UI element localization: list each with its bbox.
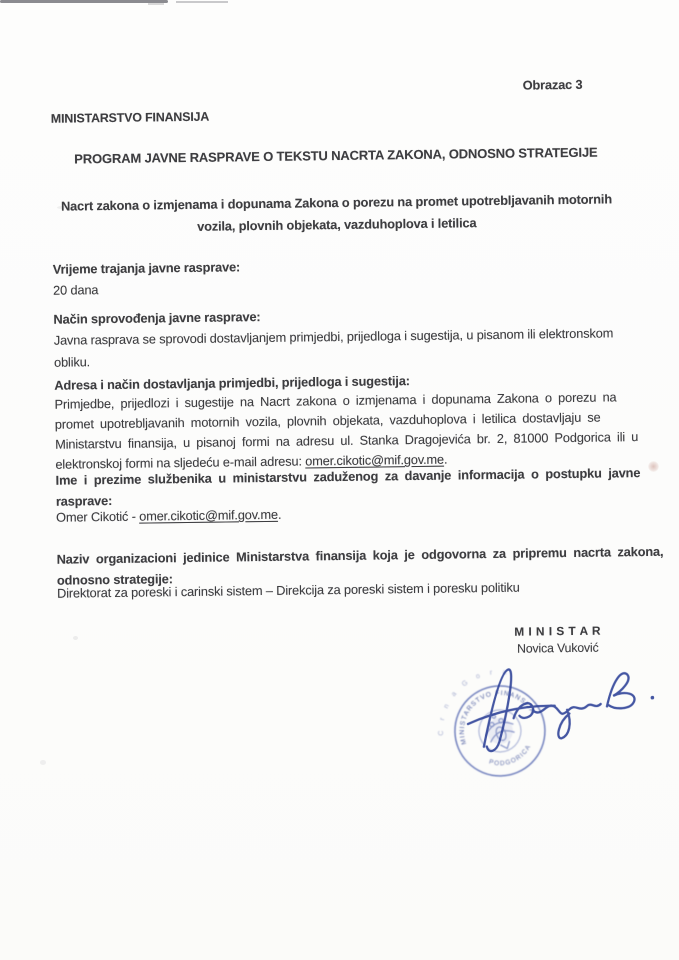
address-body-line2: promet upotrebljavanih motornih vozila, … (55, 410, 601, 433)
address-label: Adresa i način dostavljanja primjedbi, p… (54, 373, 410, 394)
address-email-suffix: . (444, 452, 448, 467)
duration-label: Vrijeme trajanja javne rasprave: (53, 259, 240, 277)
unit-label-line1: Naziv organizacioni jedinice Ministarstv… (57, 544, 664, 568)
contact-value: Omer Cikotić - omer.cikotic@mif.gov.me. (56, 507, 281, 526)
minister-role-title: M I N I S T A R (458, 622, 658, 641)
contact-name: Omer Cikotić - (56, 509, 139, 525)
contact-value-suffix: . (278, 507, 282, 522)
address-body-line1: Primjedbe, prijedlozi i sugestije na Nac… (55, 389, 617, 412)
method-body-line1: Javna rasprava se sprovodi dostavljanjem… (54, 325, 614, 348)
contact-email-link: omer.cikotic@mif.gov.me (139, 507, 278, 524)
scanned-document-page: Obrazac 3 MINISTARSTVO FINANSIJA PROGRAM… (0, 0, 679, 960)
address-body-line3: Ministarstvu finansija, u pisanoj formi … (55, 429, 638, 453)
document-subtitle-line2: vozila, plovnih objekata, vazduhoplova i… (0, 213, 676, 238)
method-label: Način sprovođenja javne rasprave: (53, 309, 260, 328)
duration-value: 20 dana (53, 282, 98, 299)
minister-signature (428, 648, 679, 766)
document-title: PROGRAM JAVNE RASPRAVE O TEKSTU NACRTA Z… (0, 144, 675, 169)
method-body-line2: obliku. (54, 354, 90, 370)
form-code: Obrazac 3 (523, 77, 583, 94)
document-subtitle-line1: Nacrt zakona o izmjenama i dopunama Zako… (0, 191, 676, 216)
contact-label-line2: rasprave: (56, 493, 112, 510)
document-content: Obrazac 3 MINISTARSTVO FINANSIJA PROGRAM… (0, 0, 679, 960)
ministry-name: MINISTARSTVO FINANSIJA (51, 109, 209, 127)
contact-email-link: omer.cikotic@mif.gov.me (305, 452, 444, 469)
